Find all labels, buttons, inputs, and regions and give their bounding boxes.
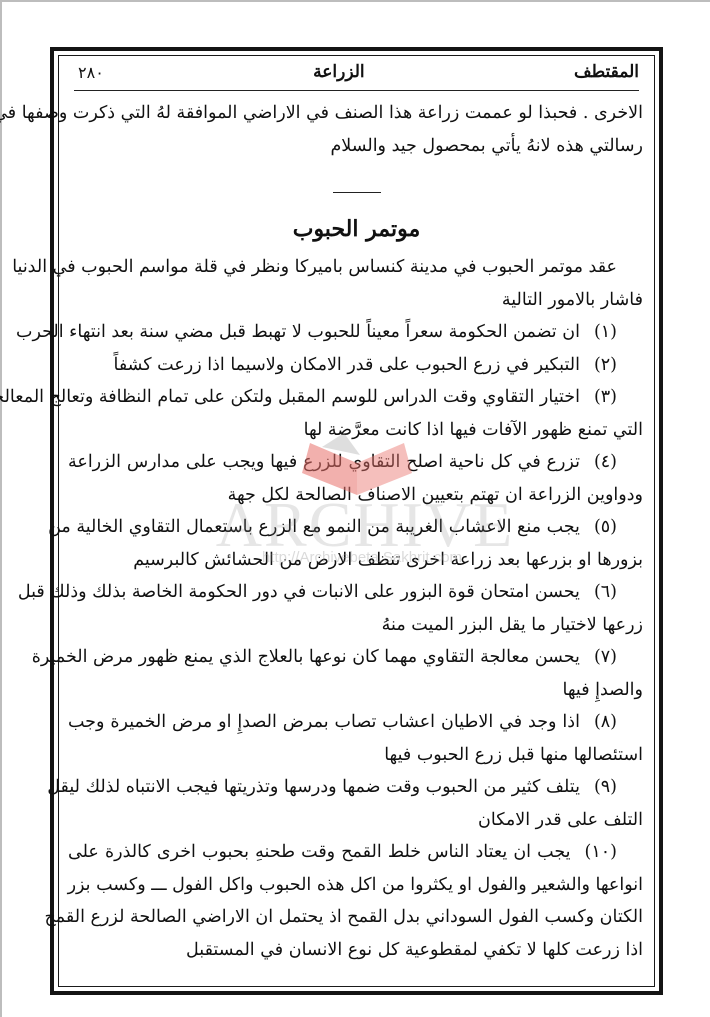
scan-edge-left	[0, 0, 2, 1017]
text-line: زرعها لاختيار ما يقل البزر الميت منهُ	[68, 609, 643, 642]
article-body: عقد موتمر الحبوب في مدينة كنساس باميركا …	[64, 251, 649, 966]
item-number: (٧)	[594, 641, 617, 674]
item-number: (١)	[594, 316, 617, 349]
running-head: المقتطف الزراعة ٢٨٠	[64, 58, 649, 86]
text-line: استئصالها منها قبل زرع الحبوب فيها	[68, 739, 643, 772]
list-item: (١)ان تضمن الحكومة سعراً معيناً للحبوب ل…	[68, 316, 643, 349]
article-title: موتمر الحبوب	[64, 211, 649, 247]
text-line: عقد موتمر الحبوب في مدينة كنساس باميركا …	[68, 251, 643, 284]
text-line: الاخرى . فحبذا لو عممت زراعة هذا الصنف ف…	[68, 97, 643, 130]
list-item: (٢)التبكير في زرع الحبوب على قدر الامكان…	[68, 349, 643, 382]
text-line: الكتان وكسب الفول السوداني بدل القمح اذ …	[68, 901, 643, 934]
item-number: (٣)	[594, 381, 617, 414]
page-content: المقتطف الزراعة ٢٨٠ الاخرى . فحبذا لو عم…	[64, 58, 649, 966]
section-divider	[333, 192, 381, 193]
text-line: اذا زرعت كلها لا تكفي لمقطوعية كل نوع ال…	[68, 934, 643, 967]
journal-name: المقتطف	[574, 62, 639, 82]
list-item: (٨)اذا وجد في الاطيان اعشاب تصاب بمرض ال…	[68, 706, 643, 739]
header-rule	[74, 90, 639, 91]
text-line: فاشار بالامور التالية	[68, 284, 643, 317]
list-item: (٣)اختيار التقاوي وقت الدراس للوسم المقب…	[68, 381, 643, 414]
page-number: ٢٨٠	[78, 63, 104, 82]
list-item: (٤)تزرع في كل ناحية اصلح التقاوي للزرع ف…	[68, 446, 643, 479]
text-line: والصدإِ فيها	[68, 674, 643, 707]
list-item: (٦)يحسن امتحان قوة البزور على الانبات في…	[68, 576, 643, 609]
list-item: (٩)يتلف كثير من الحبوب وقت ضمها ودرسها و…	[68, 771, 643, 804]
text-line: انواعها والشعير والفول او يكثروا من اكل …	[68, 869, 643, 902]
list-item: (٥)يجب منع الاعشاب الغريبة من النمو مع ا…	[68, 511, 643, 544]
item-number: (٦)	[594, 576, 617, 609]
item-number: (٩)	[594, 771, 617, 804]
item-number: (٢)	[594, 349, 617, 382]
list-item: (٧)يحسن معالجة التقاوي مهما كان نوعها با…	[68, 641, 643, 674]
list-item: (١٠)يجب ان يعتاد الناس خلط القمح وقت طحن…	[68, 836, 643, 869]
text-line: ودواوين الزراعة ان تهتم بتعيين الاصناف ا…	[68, 479, 643, 512]
section-name: الزراعة	[313, 62, 364, 82]
item-number: (٤)	[594, 446, 617, 479]
text-line: رسالتي هذه لانهُ يأتي بمحصول جيد والسلام	[68, 130, 643, 163]
text-line: بزورها او بزرعها بعد زراعة اخرى تنظف الا…	[68, 544, 643, 577]
text-line: التلف على قدر الامكان	[68, 804, 643, 837]
item-number: (٥)	[594, 511, 617, 544]
item-number: (٨)	[594, 706, 617, 739]
item-number: (١٠)	[585, 836, 617, 869]
text-line: التي تمنع ظهور الآفات فيها اذا كانت معرَ…	[68, 414, 643, 447]
intro-paragraph: الاخرى . فحبذا لو عممت زراعة هذا الصنف ف…	[64, 97, 649, 162]
scan-edge-top	[0, 0, 710, 2]
